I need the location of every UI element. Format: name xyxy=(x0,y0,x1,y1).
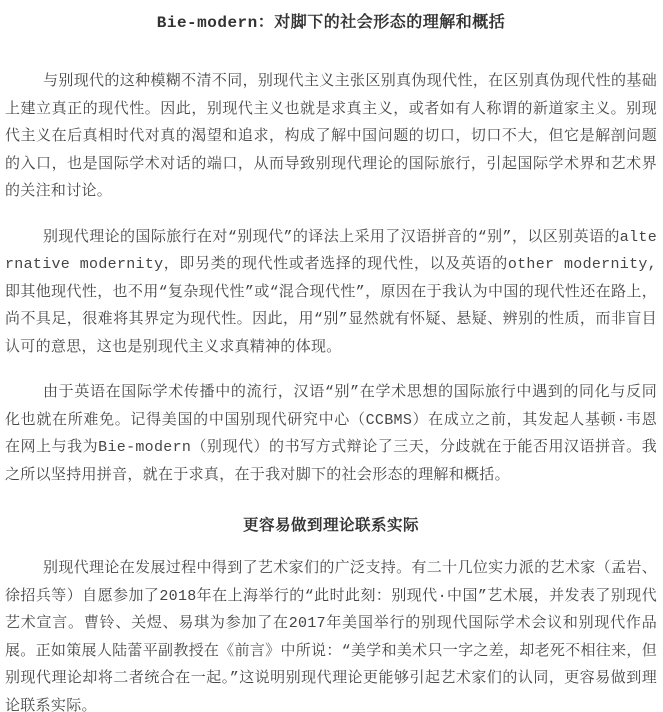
document-title: Bie-modern：对脚下的社会形态的理解和概括 xyxy=(5,12,657,34)
paragraph-2: 别现代理论的国际旅行在对“别现代”的译法上采用了汉语拼音的“别”，以区别英语的a… xyxy=(5,224,657,362)
paragraph-4: 别现代理论在发展过程中得到了艺术家们的广泛支持。有二十几位实力派的艺术家（孟岩、… xyxy=(5,555,657,712)
section-heading: 更容易做到理论联系实际 xyxy=(5,515,657,537)
paragraph-1: 与别现代的这种模糊不清不同，别现代主义主张区别真伪现代性，在区别真伪现代性的基础… xyxy=(5,68,657,206)
document-page: Bie-modern：对脚下的社会形态的理解和概括 与别现代的这种模糊不清不同，… xyxy=(0,0,663,712)
paragraph-3: 由于英语在国际学术传播中的流行，汉语“别”在学术思想的国际旅行中遇到的同化与反同… xyxy=(5,379,657,489)
